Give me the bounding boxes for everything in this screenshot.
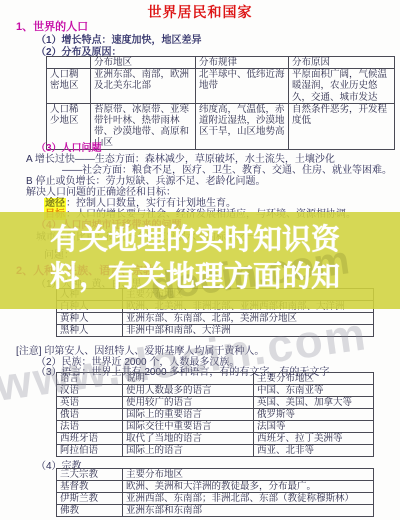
- table-cell: 黄种人: [57, 313, 123, 325]
- table-cell: 人口稠密地区: [47, 69, 91, 104]
- table-header-cell: 主要分布地区: [254, 373, 374, 385]
- table-row: 佛教亚洲东部和东南部: [57, 505, 374, 517]
- table-row: 黑种人非洲中部和南部、大洋洲: [57, 325, 374, 337]
- table-cell: 取代了当地的语言: [123, 433, 254, 445]
- table-cell: 西班牙、拉丁美洲等: [254, 433, 374, 445]
- table-cell: 国际交往中重要语言: [123, 421, 254, 433]
- document-page: 世界居民和国家 1、世界的人口 （1）增长特点：速度加快，地区差异 （2）分布及…: [0, 0, 400, 520]
- table-row: 英语使用较广的语言英国、美国、加拿大等: [57, 397, 374, 409]
- table-row: 人口稠密地区亚洲东部、南部，欧洲及北美东北部北半球中、低纬近海地带平原面积广阔，…: [47, 69, 395, 104]
- table-cell: 佛教: [57, 505, 123, 517]
- table-cell: 欧洲、美洲和大洋洲的教徒最多，分布最广。: [123, 481, 374, 493]
- table-cell: 俄罗斯等: [254, 409, 374, 421]
- table-header-cell: 分布原因: [289, 57, 395, 69]
- table-header-cell: 说明: [123, 373, 254, 385]
- table-header-cell: 三大宗教: [57, 469, 123, 481]
- table-cell: 西亚、北非等: [254, 445, 374, 457]
- table-cell: 亚洲东部、东南部、北部，美洲部分地区: [123, 313, 374, 325]
- table-row: 基督教欧洲、美洲和大洋洲的教徒最多，分布最广。: [57, 481, 374, 493]
- table-cell: 阿拉伯语: [57, 445, 123, 457]
- table-cell: 中国、东南亚等: [254, 385, 374, 397]
- table-cell: 国际上的重要语言: [123, 409, 254, 421]
- population-distribution-table: 分布地区分布规律分布原因人口稠密地区亚洲东部、南部，欧洲及北美东北部北半球中、低…: [46, 56, 395, 150]
- table-row: 伊斯兰教亚洲西部、东南部；非洲北部、东部（教徒称穆斯林）: [57, 493, 374, 505]
- table-header-cell: 语言: [57, 373, 123, 385]
- table-cell: 黑种人: [57, 325, 123, 337]
- table-row: 三大宗教主要分布地区: [57, 469, 374, 481]
- table-cell: 英国、美国、加拿大等: [254, 397, 374, 409]
- table-cell: 俄语: [57, 409, 123, 421]
- table-cell: 北半球中、低纬近海地带: [196, 69, 289, 104]
- religions-table: 三大宗教主要分布地区基督教欧洲、美洲和大洋洲的教徒最多，分布最广。伊斯兰教亚洲西…: [56, 468, 374, 517]
- table-row: 俄语国际上的重要语言俄罗斯等: [57, 409, 374, 421]
- table-row: 语言说明主要分布地区: [57, 373, 374, 385]
- table-cell: 平原面积广阔，气候温暖湿润，农业历史悠久，交通、城市发达: [289, 69, 395, 104]
- table-row: 分布地区分布规律分布原因: [47, 57, 395, 69]
- table-cell: 亚洲西部、东南部；非洲北部、东部（教徒称穆斯林）: [123, 493, 374, 505]
- table-cell: 纬度高，气温低，赤道附近湿热，沙漠地区干旱，山区地势高: [196, 103, 289, 149]
- table-row: 西班牙语取代了当地的语言西班牙、拉丁美洲等: [57, 433, 374, 445]
- table-cell: 英语: [57, 397, 123, 409]
- table-cell: 法国等: [254, 421, 374, 433]
- table-header-cell: 分布规律: [196, 57, 289, 69]
- table-row: 黄种人亚洲东部、东南部、北部，美洲部分地区: [57, 313, 374, 325]
- table-cell: 基督教: [57, 481, 123, 493]
- table-cell: 亚洲东部、南部，欧洲及北美东北部: [91, 69, 196, 104]
- table-row: 汉语使用人数最多的语言中国、东南亚等: [57, 385, 374, 397]
- table-cell: 使用人数最多的语言: [123, 385, 254, 397]
- ad-overlay-headline[interactable]: 有关地理的实时知识资料，有关地理方面的知: [50, 222, 348, 296]
- table-cell: 西班牙语: [57, 433, 123, 445]
- table-row: 阿拉伯语国际上的语言西亚、北非等: [57, 445, 374, 457]
- table-cell: 法语: [57, 421, 123, 433]
- table-cell: 非洲中部和南部、大洋洲: [123, 325, 374, 337]
- languages-table: 语言说明主要分布地区汉语使用人数最多的语言中国、东南亚等英语使用较广的语言英国、…: [56, 372, 374, 457]
- table-header-cell: 主要分布地区: [123, 469, 374, 481]
- table-cell: 国际上的语言: [123, 445, 254, 457]
- table-cell: 汉语: [57, 385, 123, 397]
- table-header-cell: [47, 57, 91, 69]
- table-cell: 亚洲东部和东南部: [123, 505, 374, 517]
- table-cell: 伊斯兰教: [57, 493, 123, 505]
- table-cell: 使用较广的语言: [123, 397, 254, 409]
- table-header-cell: 分布地区: [91, 57, 196, 69]
- table-row: 法语国际交往中重要语言法国等: [57, 421, 374, 433]
- table-cell: 苔原带、冰原带、亚寒带针叶林、热带雨林带、沙漠地带、高原和山区: [91, 103, 196, 149]
- table-cell: 自然条件恶劣，开发程度低: [289, 103, 395, 149]
